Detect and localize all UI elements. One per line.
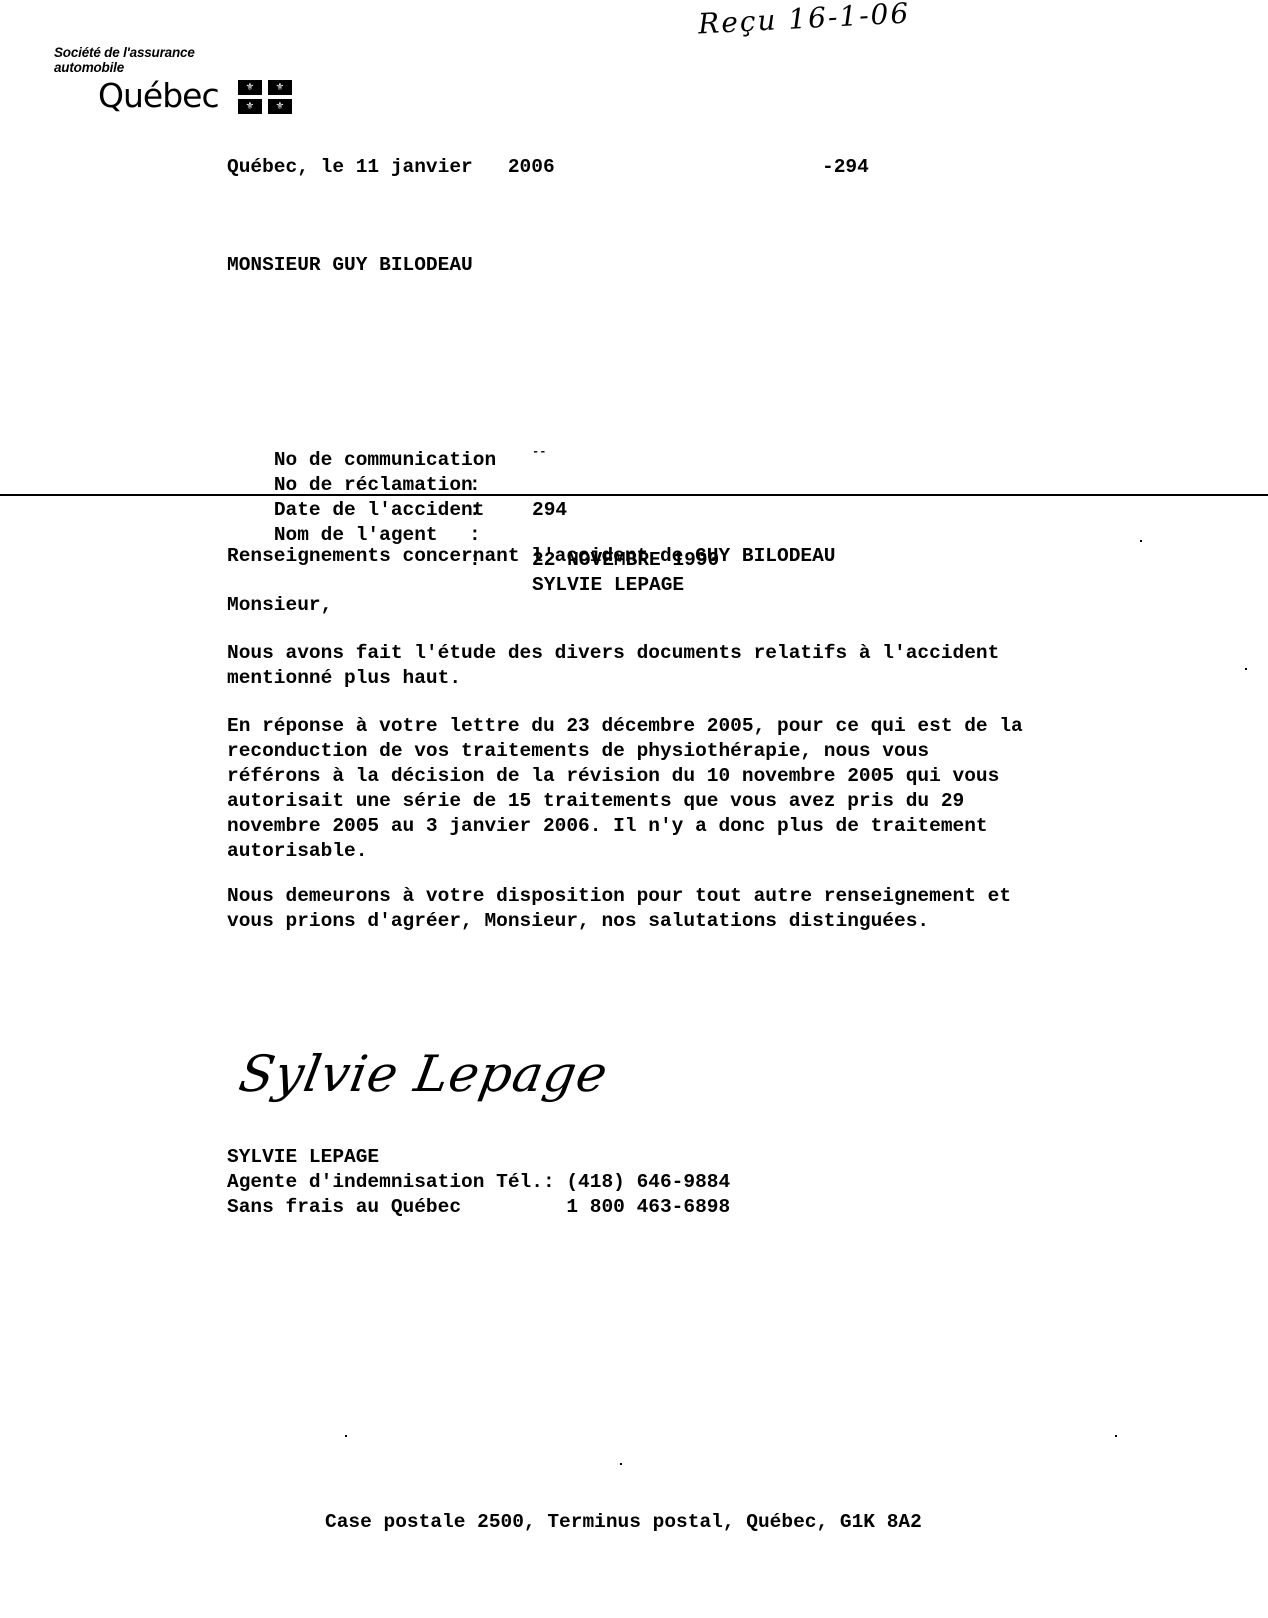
signer-name: SYLVIE LEPAGE [227,1145,730,1170]
handwritten-signature: Sylvie Lepage [235,1045,613,1103]
logo-quebec-wordmark: Québec [98,78,219,114]
body-line: reconduction de vos traitements de physi… [227,739,1023,764]
info-row-agent: Nom de l'agent : SYLVIE LEPAGE [227,498,496,523]
scan-speck [1245,668,1247,670]
signer-title-phone: Agente d'indemnisation Tél.: (418) 646-9… [227,1170,730,1195]
fleur-de-lis-flag-icon: ⚜ ⚜ ⚜ ⚜ [238,80,292,114]
footer-address: Case postale 2500, Terminus postal, Québ… [325,1510,922,1535]
body-line: vous prions d'agréer, Monsieur, nos salu… [227,909,1011,934]
info-row-claim: No de réclamation : -- [227,448,496,473]
body-line: mentionné plus haut. [227,666,999,691]
info-label: Nom de l'agent [274,524,438,546]
place-date: Québec, le 11 janvier 2006 [227,155,555,180]
scan-speck [1115,1435,1117,1437]
body-line: autorisable. [227,839,1023,864]
reference-number: -294 [822,155,869,180]
body-line: Nous avons fait l'étude des divers docum… [227,641,999,666]
info-fields: No de communication : 294 No de réclamat… [227,423,496,523]
signer-tollfree: Sans frais au Québec 1 800 463-6898 [227,1195,730,1220]
handwritten-receipt-note: Reçu 16-1-06 [697,0,911,41]
salutation: Monsieur, [227,593,332,618]
logo-line-1: Société de l'assurance [54,45,195,60]
body-line: novembre 2005 au 3 janvier 2006. Il n'y … [227,814,1023,839]
body-paragraph-2: En réponse à votre lettre du 23 décembre… [227,714,1023,864]
scan-speck [345,1435,347,1437]
subject-line: Renseignements concernant l'accident de … [227,544,836,569]
info-value: -- [532,440,546,465]
scan-speck [1140,540,1142,542]
body-line: autorisait une série de 15 traitements q… [227,789,1023,814]
scan-speck [620,1463,622,1465]
body-paragraph-1: Nous avons fait l'étude des divers docum… [227,641,999,691]
fleur-de-lis-icon: ⚜ [268,99,292,114]
fleur-de-lis-icon: ⚜ [238,80,262,95]
body-line: référons à la décision de la révision du… [227,764,1023,789]
fleur-de-lis-icon: ⚜ [238,99,262,114]
logo-line-2: automobile [54,60,195,75]
fleur-de-lis-icon: ⚜ [268,80,292,95]
logo-organization-name: Société de l'assurance automobile [54,45,195,75]
scan-fold-line [0,494,1268,496]
info-value: 294 [532,498,567,523]
body-paragraph-3: Nous demeurons à votre disposition pour … [227,884,1011,934]
recipient: MONSIEUR GUY BILODEAU [227,253,473,278]
info-row-communication: No de communication : 294 [227,423,496,448]
body-line: En réponse à votre lettre du 23 décembre… [227,714,1023,739]
signature-block: SYLVIE LEPAGE Agente d'indemnisation Tél… [227,1145,730,1220]
info-value: SYLVIE LEPAGE [532,573,684,598]
body-line: Nous demeurons à votre disposition pour … [227,884,1011,909]
